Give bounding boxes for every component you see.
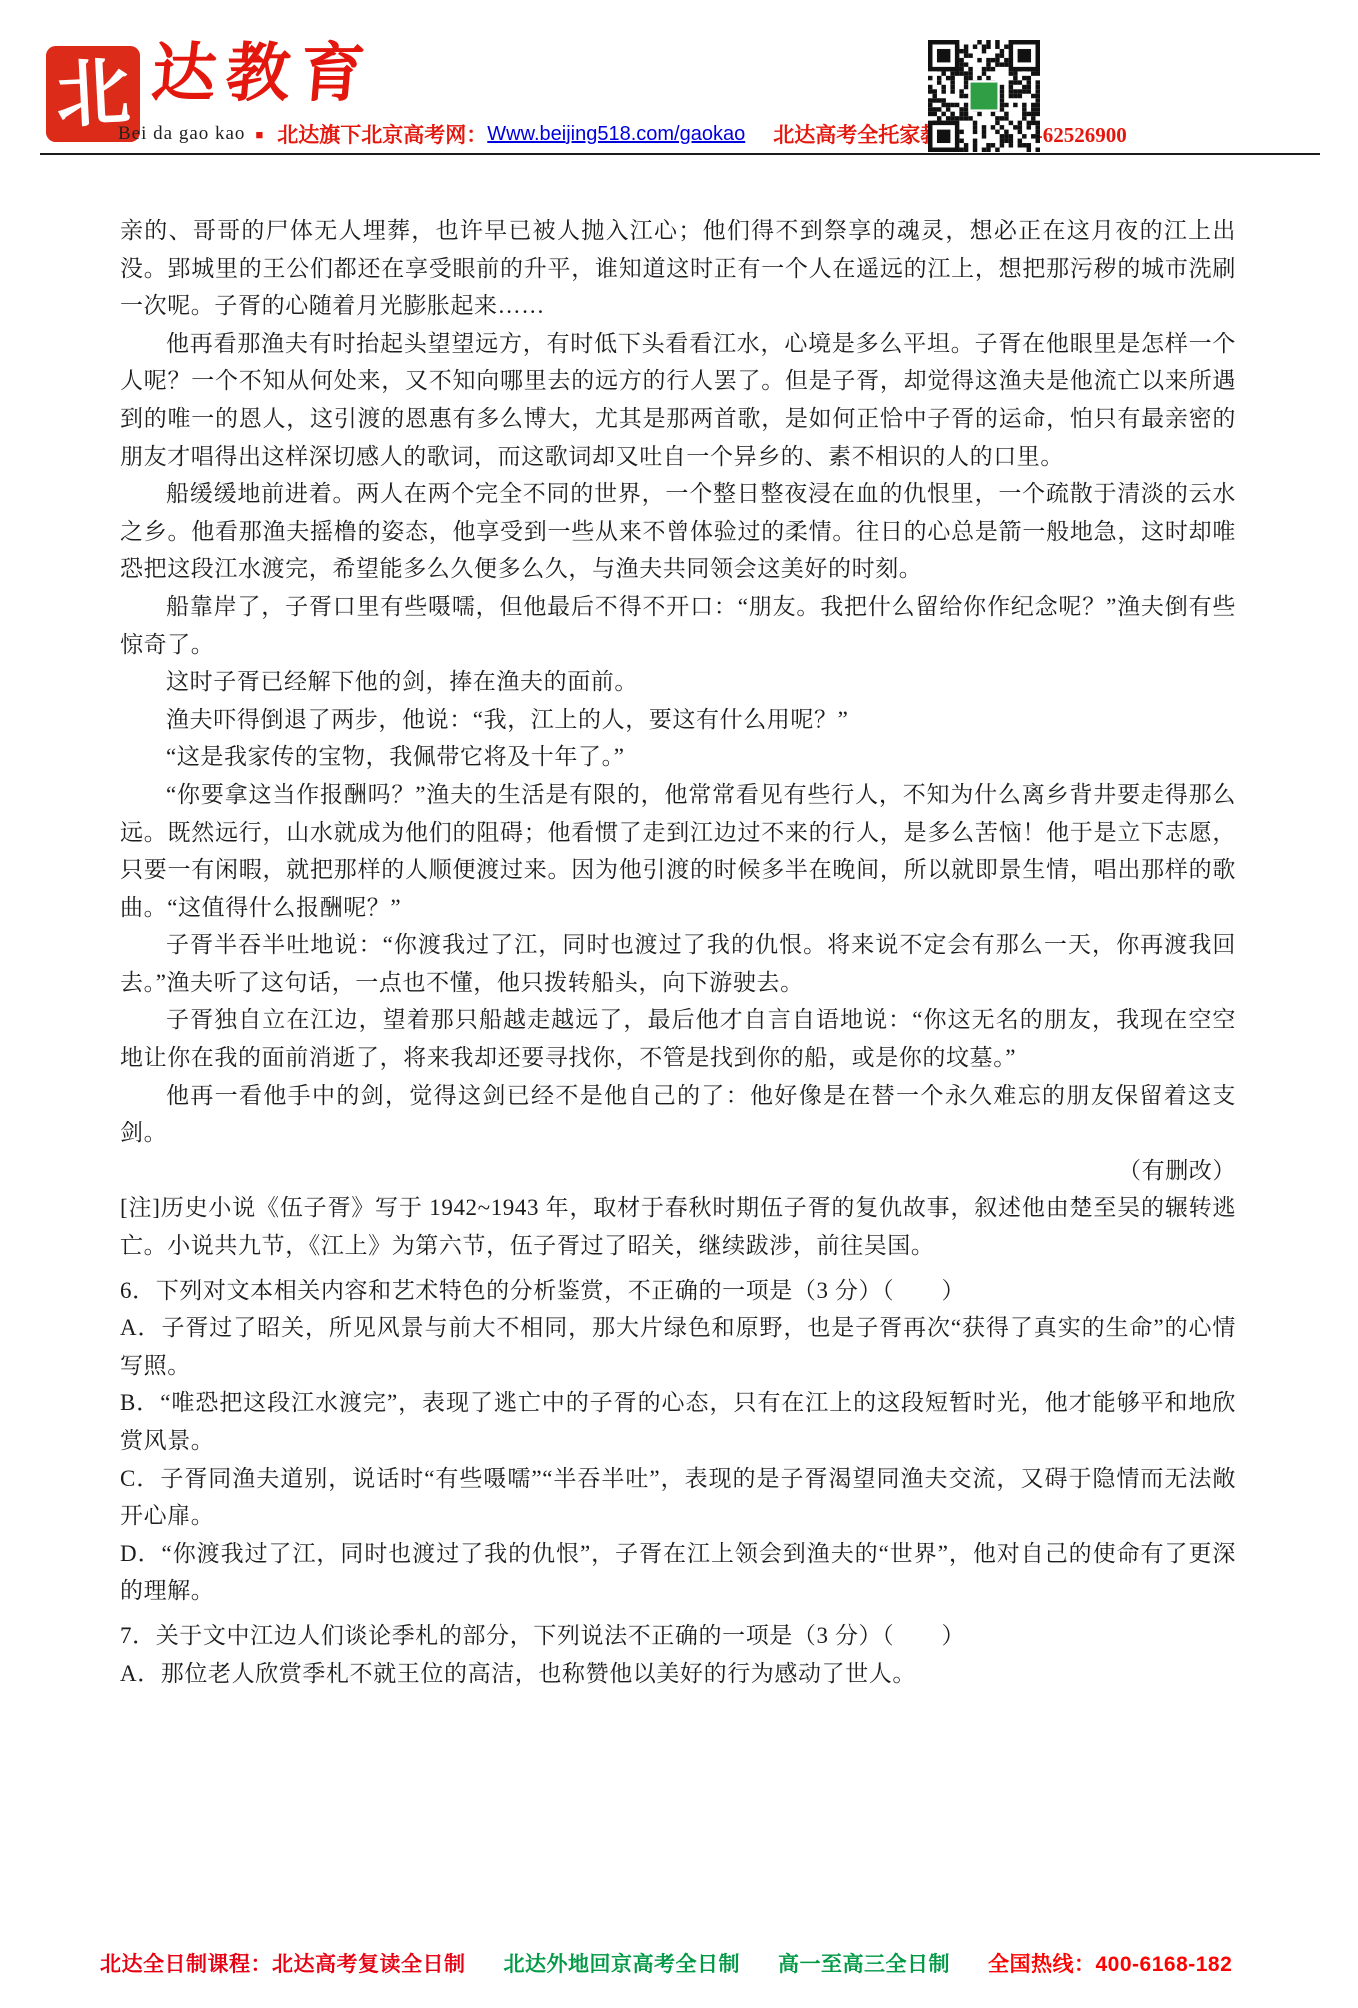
passage-paragraph: 这时子胥已经解下他的剑，捧在渔夫的面前。 [120, 663, 1236, 701]
passage-note: [注]历史小说《伍子胥》写于 1942~1943 年，取材于春秋时期伍子胥的复仇… [120, 1189, 1236, 1264]
footer-segment: 高一至高三全日制 [778, 1948, 950, 1978]
question-6-stem: 6．下列对文本相关内容和艺术特色的分析鉴赏，不正确的一项是（3 分）（ ） [120, 1272, 1236, 1310]
header-tagline-row: Bei da gao kao ■ 北达旗下北京高考网： Www.beijing5… [118, 118, 1218, 150]
passage-paragraph: “你要拿这当作报酬吗？”渔夫的生活是有限的，他常常看见有些行人，不知为什么离乡背… [120, 776, 1236, 926]
footer-segment: 北达全日制课程：北达高考复读全日制 [100, 1948, 466, 1978]
brand-name: 达教育 [149, 36, 378, 113]
tagline-prefix: 北达旗下北京高考网： [277, 119, 487, 149]
passage-paragraph: “这是我家传的宝物，我佩带它将及十年了。” [120, 738, 1236, 776]
header-divider [40, 153, 1320, 155]
footer-segment: 北达外地回京高考全日制 [504, 1948, 741, 1978]
passage-paragraph: 子胥独自立在江边，望着那只船越走越远了，最后他才自言自语地说：“你这无名的朋友，… [120, 1001, 1236, 1076]
passage-paragraph: 船缓缓地前进着。两人在两个完全不同的世界，一个整日整夜浸在血的仇恨里，一个疏散于… [120, 475, 1236, 588]
passage-paragraph: 他再一看他手中的剑，觉得这剑已经不是他自己的了：他好像是在替一个永久难忘的朋友保… [120, 1077, 1236, 1152]
exam-page: 北 达教育 Bei da gao kao ■ 北达旗下北京高考网： Www.be… [0, 0, 1358, 2008]
source-credit: （有删改） [120, 1152, 1236, 1190]
reading-passage: 亲的、哥哥的尸体无人埋葬，也许早已被人抛入江心；他们得不到祭享的魂灵，想必正在这… [120, 212, 1236, 1692]
passage-paragraph: 子胥半吞半吐地说：“你渡我过了江，同时也渡过了我的仇恨。将来说不定会有那么一天，… [120, 926, 1236, 1001]
question-6-option-a: A．子胥过了昭关，所见风景与前大不相同，那大片绿色和原野，也是子胥再次“获得了真… [120, 1309, 1236, 1384]
footer-segment: 全国热线：400-6168-182 [988, 1948, 1232, 1978]
passage-paragraph: 亲的、哥哥的尸体无人埋葬，也许早已被人抛入江心；他们得不到祭享的魂灵，想必正在这… [120, 212, 1236, 325]
passage-paragraph: 他再看那渔夫有时抬起头望望远方，有时低下头看看江水，心境是多么平坦。子胥在他眼里… [120, 325, 1236, 475]
question-7-stem: 7．关于文中江边人们谈论季札的部分，下列说法不正确的一项是（3 分）（ ） [120, 1617, 1236, 1655]
red-square-icon: ■ [255, 128, 263, 141]
passage-paragraph: 船靠岸了，子胥口里有些嗫嚅，但他最后不得不开口：“朋友。我把什么留给你作纪念呢？… [120, 588, 1236, 663]
question-6-option-b: B．“唯恐把这段江水渡完”，表现了逃亡中的子胥的心态，只有在江上的这段短暂时光，… [120, 1384, 1236, 1459]
brand-pinyin: Bei da gao kao [118, 123, 245, 145]
question-7-option-a: A．那位老人欣赏季札不就王位的高洁，也称赞他以美好的行为感动了世人。 [120, 1655, 1236, 1693]
question-6-option-d: D．“你渡我过了江，同时也渡过了我的仇恨”，子胥在江上领会到渔夫的“世界”，他对… [120, 1535, 1236, 1610]
qr-code-icon [928, 40, 1040, 152]
gaokao-site-link[interactable]: Www.beijing518.com/gaokao [487, 123, 745, 146]
question-6-option-c: C．子胥同渔夫道别，说话时“有些嗫嚅”“半吞半吐”，表现的是子胥渴望同渔夫交流，… [120, 1460, 1236, 1535]
passage-paragraph: 渔夫吓得倒退了两步，他说：“我，江上的人，要这有什么用呢？” [120, 701, 1236, 739]
page-footer: 北达全日制课程：北达高考复读全日制 北达外地回京高考全日制 高一至高三全日制 全… [100, 1948, 1280, 1978]
